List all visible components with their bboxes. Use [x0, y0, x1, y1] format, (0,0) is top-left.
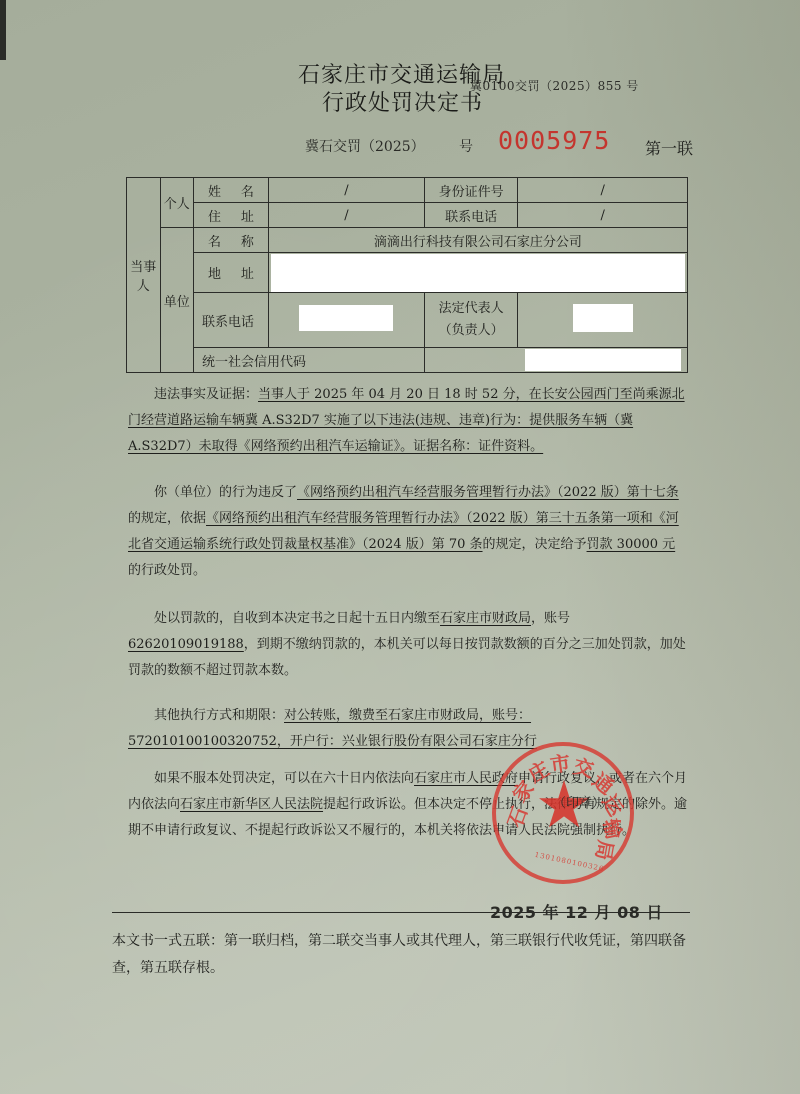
decision-date: 2025 年 12 月 08 日 [490, 900, 663, 923]
appeal-text-1: 如果不服本处罚决定，可以在六十日内依法向 [154, 771, 414, 786]
credit-code-label: 统一社会信用代码 [194, 348, 425, 373]
facts-label: 违法事实及证据： [154, 387, 258, 402]
org-phone-label: 联系电话 [194, 293, 269, 348]
copy-label: 第一联 [645, 136, 693, 159]
org-name-label: 名称 [194, 228, 269, 253]
org-address-value-redacted [268, 253, 687, 293]
document-title: 行政处罚决定书 [322, 86, 483, 117]
name-value: / [268, 178, 424, 203]
payment-text-2: ，账号 [531, 611, 570, 626]
reference-number: 冀0100交罚（2025）855 号 [470, 77, 639, 94]
phone-label: 联系电话 [424, 203, 517, 228]
org-name-value: 滴滴出行科技有限公司石家庄分公司 [268, 228, 687, 253]
payment-clause: 处以罚款的，自收到本决定书之日起十五日内缴至石家庄市财政局，账号62620109… [128, 606, 688, 684]
phone-value: / [518, 203, 688, 228]
court: 石家庄市新华区人民法院 [180, 797, 323, 812]
violation-clause: 你（单位）的行为违反了《网络预约出租汽车经营服务管理暂行办法》（2022 版）第… [128, 480, 688, 584]
serial-number: 0005975 [498, 126, 610, 155]
violation-text-3: 的规定，决定给予 [483, 537, 587, 552]
legal-rep-value-redacted [518, 293, 688, 348]
document-number-suffix: 号 [459, 136, 473, 156]
review-body: 石家庄市人民政府 [414, 771, 518, 786]
legal-rep-label: 法定代表人（负责人） [424, 293, 517, 348]
address-label: 住址 [194, 203, 269, 228]
id-label: 身份证件号 [424, 178, 517, 203]
violation-text-1: 你（单位）的行为违反了 [154, 485, 297, 500]
org-phone-value-redacted [268, 293, 424, 348]
law-violated: 《网络预约出租汽车经营服务管理暂行办法》（2022 版）第十七条 [297, 485, 679, 500]
footnote: 本文书一式五联：第一联归档，第二联交当事人或其代理人，第三联银行代收凭证，第四联… [112, 928, 712, 982]
org-address-label: 地址 [194, 253, 269, 293]
document-number-prefix: 冀石交罚（2025） [305, 136, 425, 156]
party-group-label: 当事人 [127, 178, 161, 373]
violation-facts: 违法事实及证据：当事人于 2025 年 04 月 20 日 18 时 52 分，… [128, 382, 688, 460]
credit-code-value-redacted [424, 348, 687, 373]
payment-text-1: 处以罚款的，自收到本决定书之日起十五日内缴至 [154, 611, 440, 626]
seal-label: （印章） [553, 792, 605, 811]
violation-text-4: 的行政处罚。 [128, 563, 206, 578]
other-execution-label: 其他执行方式和期限： [154, 708, 284, 723]
address-value: / [268, 203, 424, 228]
payment-account: 62620109019188 [128, 637, 244, 652]
photo-edge [0, 0, 6, 60]
unit-label: 单位 [160, 228, 194, 373]
seal-code: 1301080100326 [534, 851, 605, 874]
id-value: / [518, 178, 688, 203]
penalty-amount: 罚款 30000 元 [587, 537, 676, 552]
violation-text-2: 的规定，依据 [128, 511, 206, 526]
name-label: 姓名 [194, 178, 269, 203]
individual-label: 个人 [160, 178, 194, 228]
payee: 石家庄市财政局 [440, 611, 531, 626]
party-info-table: 当事人 个人 姓名 / 身份证件号 / 住址 / 联系电话 / 单位 名称 滴滴… [126, 177, 688, 373]
other-execution-clause: 其他执行方式和期限：对公转账，缴费至石家庄市财政局，账号：57201010010… [128, 703, 688, 755]
